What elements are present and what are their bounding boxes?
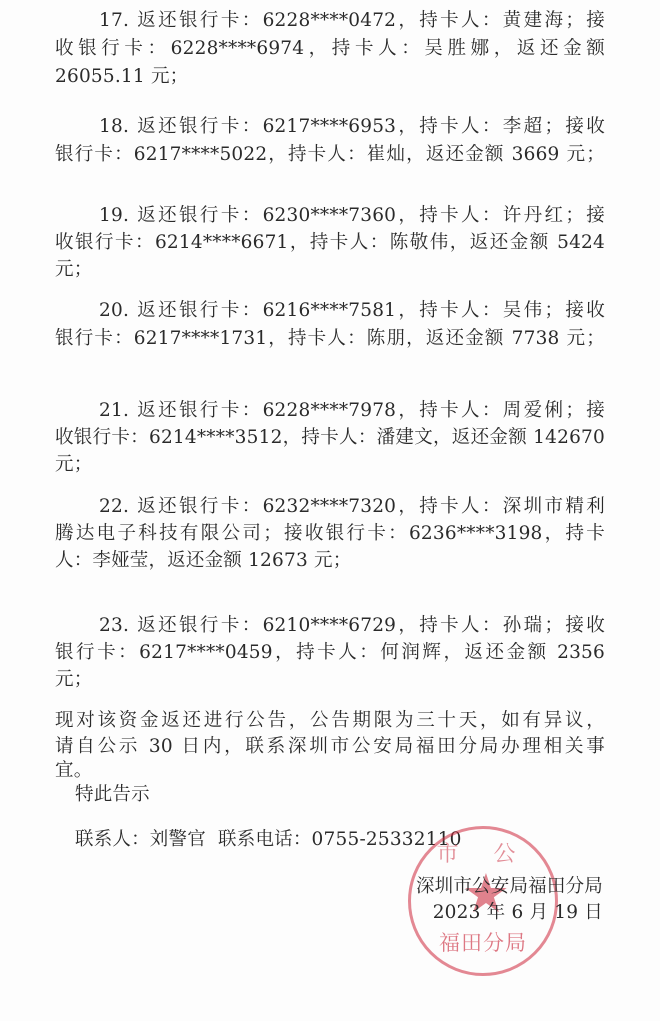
item-23-line-1: 23. 返还银行卡：6210****6729，持卡人：孙瑞；接收 <box>99 613 605 639</box>
item-21-line-2: 收银行卡：6214****3512，持卡人：潘建文，返还金额 142670 <box>55 425 605 451</box>
item-22-line-2: 腾达电子科技有限公司；接收银行卡：6236****3198，持卡 <box>55 521 605 547</box>
item-19-line-2: 收银行卡：6214****6671，持卡人：陈敬伟，返还金额 5424 <box>55 230 605 256</box>
item-22-line-1: 22. 返还银行卡：6232****7320，持卡人：深圳市精利 <box>99 494 605 520</box>
item-21-line-1: 21. 返还银行卡：6228****7978，持卡人：周爱俐；接 <box>99 398 605 424</box>
notice-line-1: 现对该资金返还进行公告，公告期限为三十天，如有异议， <box>55 708 605 734</box>
notice-line-2: 请自公示 30 日内，联系深圳市公安局福田分局办理相关事 <box>55 734 605 760</box>
item-18-line-1: 18. 返还银行卡：6217****6953，持卡人：李超；接收 <box>99 114 605 140</box>
item-19-line-3: 元； <box>55 257 605 283</box>
document-page: 17. 返还银行卡：6228****0472，持卡人：黄建海；接 收银行卡：62… <box>0 0 660 1021</box>
item-20-line-1: 20. 返还银行卡：6216****7581，持卡人：吴伟；接收 <box>99 298 605 324</box>
signature-date: 2023 年 6 月 19 日 <box>300 900 603 926</box>
item-17-line-3: 26055.11 元； <box>55 64 605 90</box>
item-20-line-2: 银行卡：6217****1731，持卡人：陈朋，返还金额 7738 元； <box>55 326 605 352</box>
item-23-line-3: 元； <box>55 667 605 693</box>
seal-bottom-text: 福田分局 <box>411 927 555 957</box>
notice-line-3: 宜。 <box>55 758 605 784</box>
item-21-line-3: 元； <box>55 452 605 478</box>
contact-info: 联系人：刘警官 联系电话：0755-25332110 <box>75 827 535 853</box>
item-19-line-1: 19. 返还银行卡：6230****7360，持卡人：许丹红；接 <box>99 203 605 229</box>
item-17-line-2: 收银行卡：6228****6974，持卡人：吴胜娜，返还金额 <box>55 36 605 62</box>
signature-organization: 深圳市公安局福田分局 <box>300 874 603 900</box>
item-17-line-1: 17. 返还银行卡：6228****0472，持卡人：黄建海；接 <box>99 8 605 34</box>
item-22-line-3: 人：李娅莹，返还金额 12673 元； <box>55 548 605 574</box>
closing-text: 特此告示 <box>75 782 375 808</box>
item-18-line-2: 银行卡：6217****5022，持卡人：崔灿，返还金额 3669 元； <box>55 142 605 168</box>
item-23-line-2: 银行卡：6217****0459，持卡人：何润辉，返还金额 2356 <box>55 640 605 666</box>
